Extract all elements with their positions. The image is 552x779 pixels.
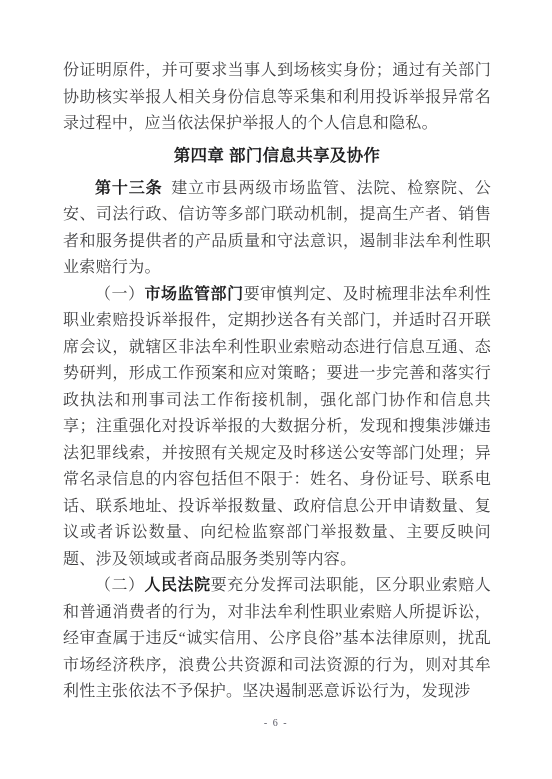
item-2-subject: 人民法院 — [145, 577, 211, 594]
item-1-subject: 市场监管部门 — [145, 286, 244, 303]
item-2-text: 要充分发挥司法职能，区分职业索赔人和普通消费者的行为，对非法牟利性职业索赔人所提… — [63, 577, 491, 700]
chapter-heading: 第四章 部门信息共享及协作 — [63, 143, 491, 170]
paragraph-article-13: 第十三条建立市县两级市场监管、法院、检察院、公安、司法行政、信访等多部门联动机制… — [63, 176, 491, 282]
item-1-text: 要审慎判定、及时梳理非法牟利性职业索赔投诉举报件，定期抄送各有关部门，并适时召开… — [63, 286, 491, 568]
article-13-label: 第十三条 — [95, 180, 162, 197]
paragraph-item-2: （二）人民法院要充分发挥司法职能，区分职业索赔人和普通消费者的行为，对非法牟利性… — [63, 573, 491, 706]
item-2-prefix: （二） — [95, 577, 145, 594]
page-number: - 6 - — [0, 717, 552, 731]
document-page: 份证明原件，并可要求当事人到场核实身份；通过有关部门协助核实举报人相关身份信息等… — [63, 58, 491, 706]
item-1-prefix: （一） — [95, 286, 145, 303]
paragraph-continuation: 份证明原件，并可要求当事人到场核实身份；通过有关部门协助核实举报人相关身份信息等… — [63, 58, 491, 138]
paragraph-item-1: （一）市场监管部门要审慎判定、及时梳理非法牟利性职业索赔投诉举报件，定期抄送各有… — [63, 282, 491, 574]
